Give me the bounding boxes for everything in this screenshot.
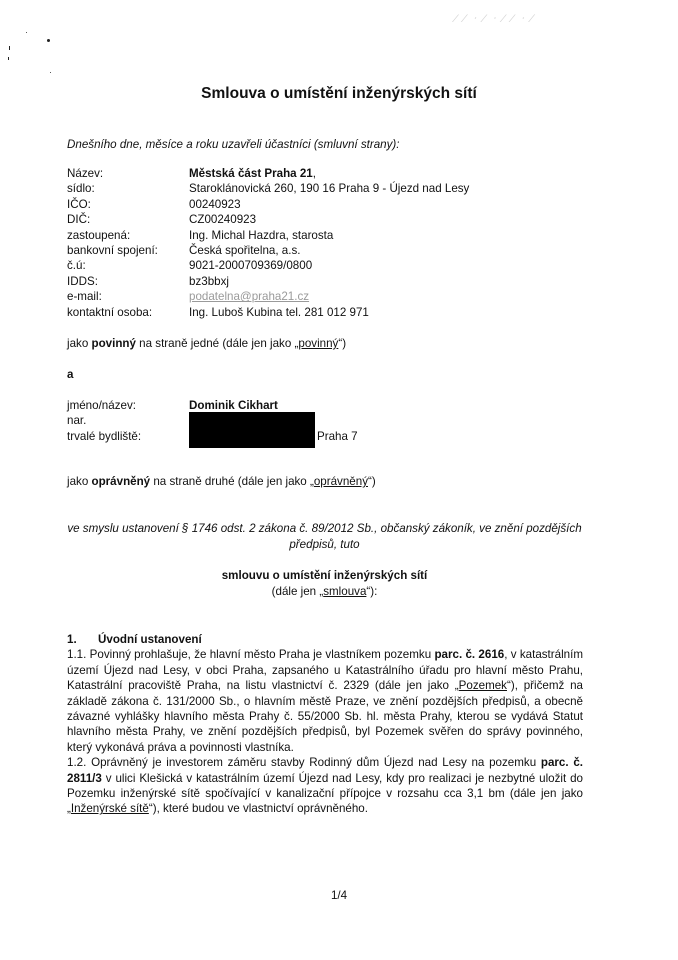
value: CZ00240923 [189,212,256,227]
scan-speck [8,57,9,60]
party1-row-idds: IDDS: bz3bbxj [67,274,469,289]
party1-row-account: č.ú: 9021-2000709369/0800 [67,258,469,273]
label: IČO: [67,197,189,212]
clause-1-1: 1.1. Povinný prohlašuje, že hlavní město… [67,647,583,755]
email-link[interactable]: podatelna@praha21.cz [189,289,309,304]
value: Česká spořitelna, a.s. [189,243,300,258]
legal-basis-line2: předpisů, tuto [67,537,582,552]
party1-row-representative: zastoupená: Ing. Michal Hazdra, starosta [67,228,469,243]
scan-speck [47,39,50,42]
faint-stamp-mark: ⁄ ∕ ‧ ⁄ ‧ ⁄ ⁄ ‧ ∕ [455,12,615,26]
redaction-block [189,412,315,448]
party1-row-email: e-mail: podatelna@praha21.cz [67,289,469,304]
section-number: 1. [67,632,98,647]
conjunction: a [67,367,73,382]
label: bankovní spojení: [67,243,189,258]
party1-row-name: Název: Městská část Praha 21, [67,166,469,181]
contract-name: smlouvu o umístění inženýrských sítí [67,568,582,583]
contract-alias: (dále jen „smlouva“): [67,584,582,599]
scan-speck [9,46,10,50]
value: 00240923 [189,197,241,212]
party1-details: Název: Městská část Praha 21, sídlo: Sta… [67,166,469,320]
label: nar. [67,413,189,428]
party1-row-bank: bankovní spojení: Česká spořitelna, a.s. [67,243,469,258]
section-1-heading: 1. Úvodní ustanovení [67,632,583,647]
section-1: 1. Úvodní ustanovení 1.1. Povinný prohla… [67,632,583,817]
value: 9021-2000709369/0800 [189,258,312,273]
page-number: 1/4 [0,888,678,903]
value: bz3bbxj [189,274,229,289]
party1-row-seat: sídlo: Staroklánovická 260, 190 16 Praha… [67,181,469,196]
value: Staroklánovická 260, 190 16 Praha 9 - Új… [189,181,469,196]
label: DIČ: [67,212,189,227]
label: kontaktní osoba: [67,305,189,320]
label: sídlo: [67,181,189,196]
value: Ing. Luboš Kubina tel. 281 012 971 [189,305,369,320]
legal-basis-line1: ve smyslu ustanovení § 1746 odst. 2 záko… [67,521,582,536]
party2-role: jako oprávněný na straně druhé (dále jen… [67,474,376,489]
label: č.ú: [67,258,189,273]
clause-1-2: 1.2. Oprávněný je investorem záměru stav… [67,755,583,817]
value: Ing. Michal Hazdra, starosta [189,228,333,243]
label: Název: [67,166,189,181]
section-title: Úvodní ustanovení [98,632,202,647]
label: trvalé bydliště: [67,429,189,444]
intro-text: Dnešního dne, měsíce a roku uzavřeli úča… [67,137,400,152]
party1-row-dic: DIČ: CZ00240923 [67,212,469,227]
scan-speck [50,72,51,73]
party1-row-ico: IČO: 00240923 [67,197,469,212]
label: IDDS: [67,274,189,289]
party1-row-contact: kontaktní osoba: Ing. Luboš Kubina tel. … [67,305,469,320]
document-title: Smlouva o umístění inženýrských sítí [0,84,678,104]
label: e-mail: [67,289,189,304]
scan-speck [26,32,27,33]
label: jméno/název: [67,398,189,413]
label: zastoupená: [67,228,189,243]
party1-role: jako povinný na straně jedné (dále jen j… [67,336,346,351]
party1-name: Městská část Praha 21 [189,167,313,180]
